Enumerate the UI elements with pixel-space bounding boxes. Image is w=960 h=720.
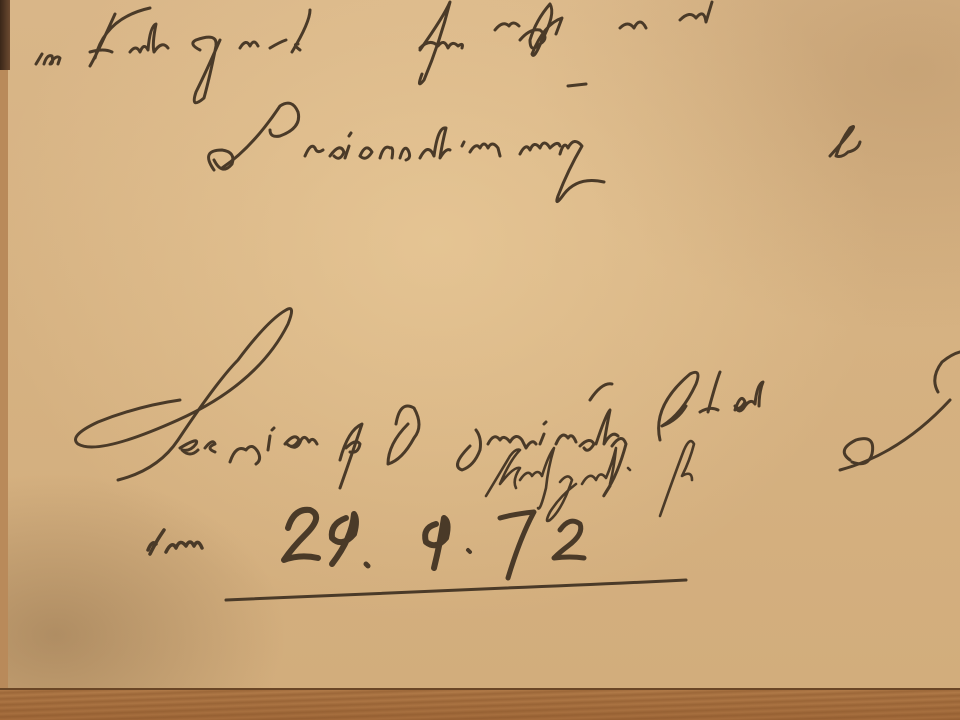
handwritten-line-2 <box>209 84 860 202</box>
handwritten-date <box>148 510 686 600</box>
handwriting-ink <box>0 0 960 720</box>
handwritten-line-1 <box>36 2 712 103</box>
document-photo: in Farbe ohne und ohne erhalt u. u. Prei… <box>0 0 960 720</box>
handwritten-signature-subline <box>486 441 694 521</box>
